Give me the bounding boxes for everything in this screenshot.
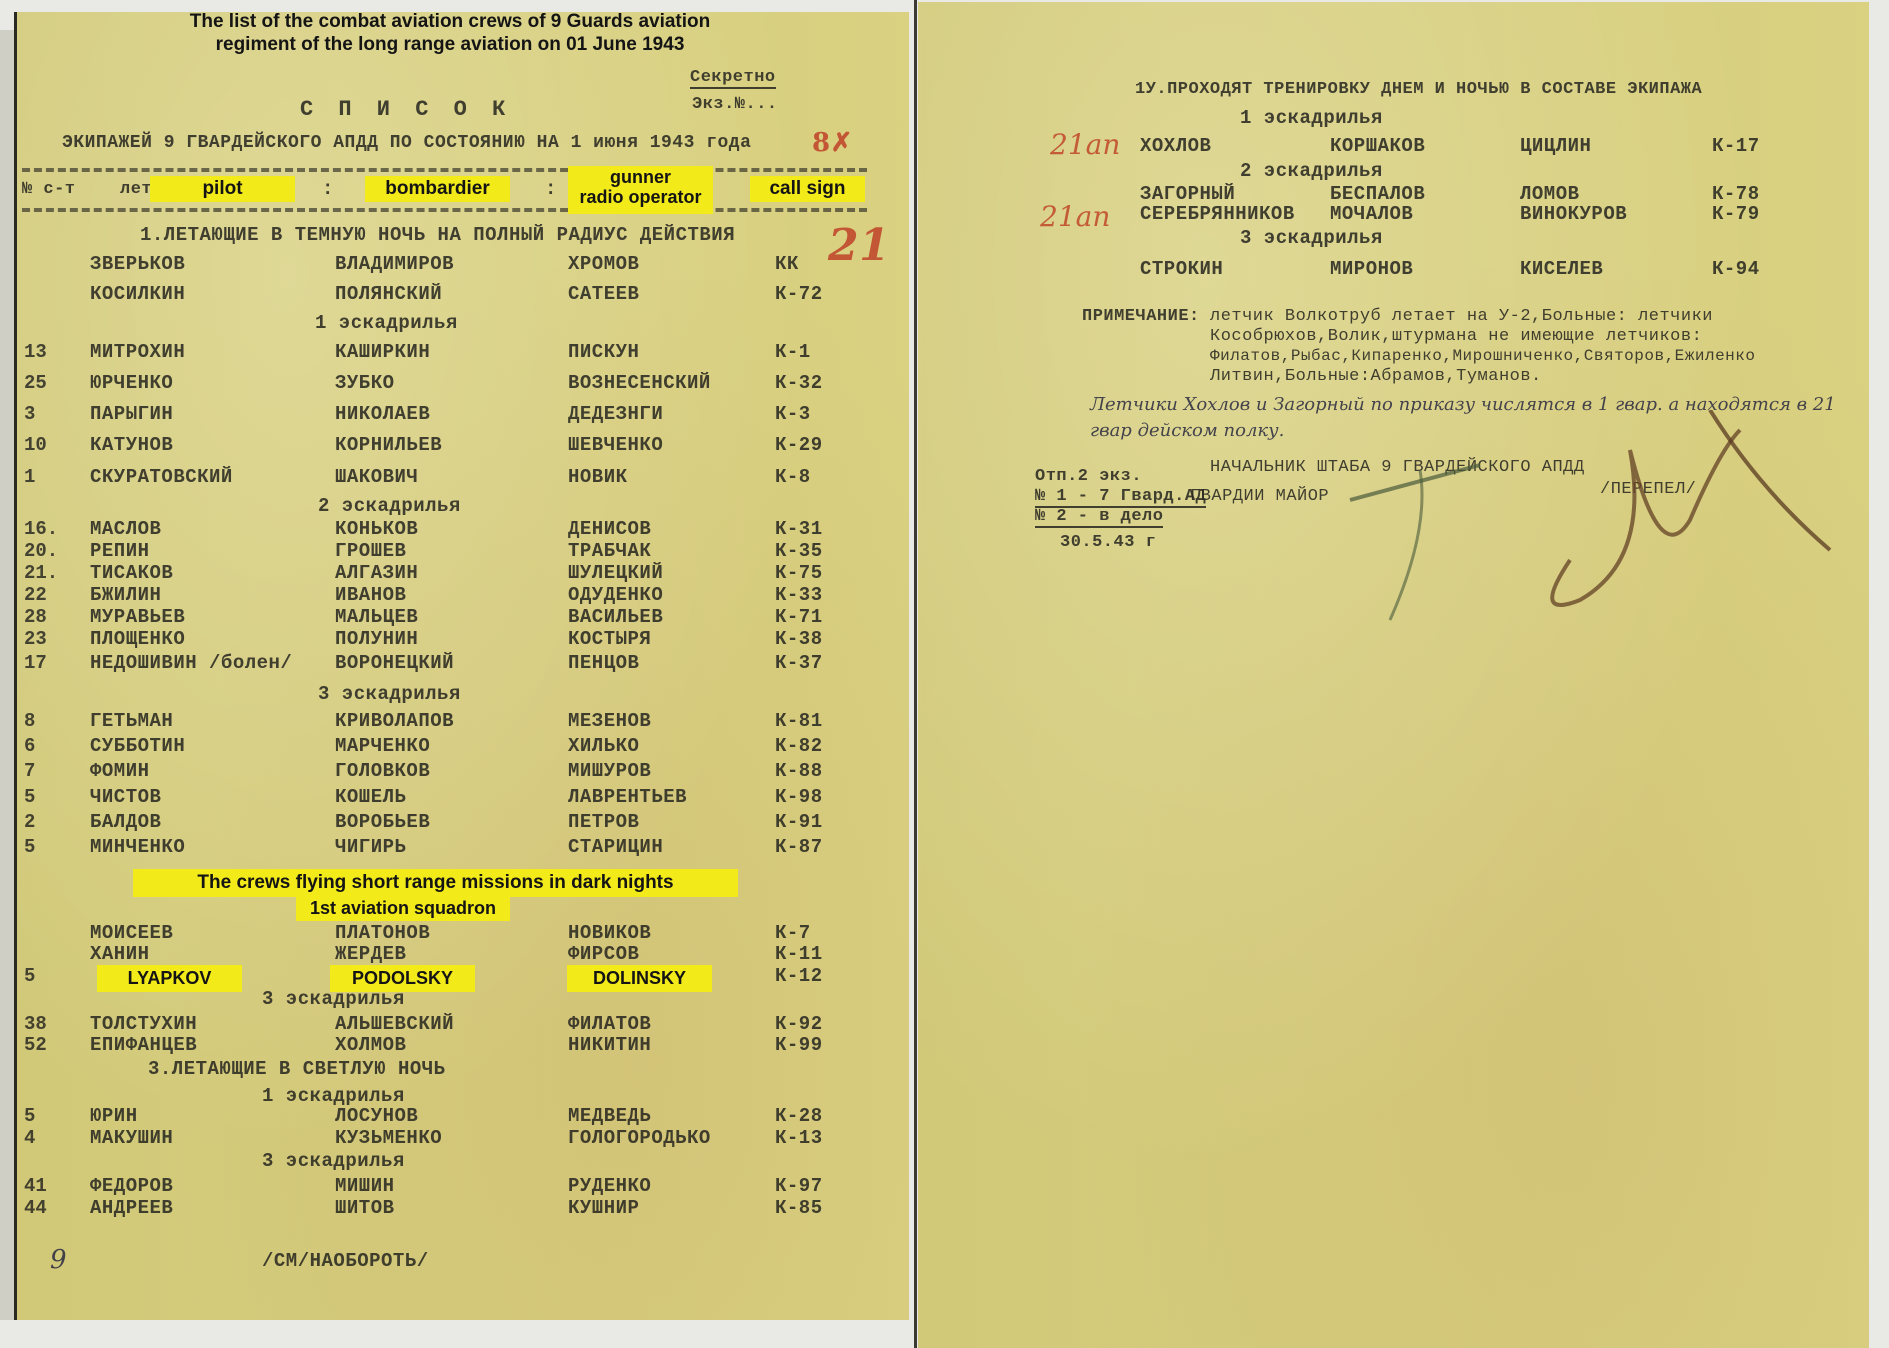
- cell-pilot: МАКУШИН: [90, 1127, 173, 1149]
- annotation-crew-pilot: LYAPKOV: [97, 965, 242, 992]
- header-separator: :: [545, 178, 557, 200]
- cell-pilot: ЧИСТОВ: [90, 786, 161, 808]
- cell-pilot: ТИСАКОВ: [90, 562, 173, 584]
- cell-pilot: ХОХЛОВ: [1140, 135, 1211, 157]
- cell-pilot: МИНЧЕНКО: [90, 836, 185, 858]
- annotation-gunner-line2: radio operator: [568, 188, 713, 208]
- cell-num: 13: [24, 341, 47, 363]
- header-rule-top: [22, 168, 867, 176]
- annotation-crew-gunner: DOLINSKY: [567, 965, 712, 992]
- cell-call: К-32: [775, 372, 823, 394]
- cell-bomb: ШАКОВИЧ: [335, 466, 418, 488]
- cell-bomb: АЛГАЗИН: [335, 562, 418, 584]
- annotation-title-line2: regiment of the long range aviation on 0…: [150, 33, 750, 56]
- cell-bomb: АЛЬШЕВСКИЙ: [335, 1013, 454, 1035]
- cell-num: 23: [24, 628, 47, 650]
- squadron-label: 3 эскадрилья: [318, 683, 461, 705]
- cell-bomb: ШИТОВ: [335, 1197, 395, 1219]
- handwritten-note-line: дейском полку.: [1138, 420, 1285, 441]
- note-label: ПРИМЕЧАНИЕ:: [1082, 307, 1200, 326]
- cell-call: К-31: [775, 518, 823, 540]
- cell-call: К-12: [775, 965, 823, 987]
- cell-pilot: МОИСЕЕВ: [90, 922, 173, 944]
- cell-call: К-81: [775, 710, 823, 732]
- cell-call: К-91: [775, 811, 823, 833]
- cell-gunner: ШУЛЕЦКИЙ: [568, 562, 663, 584]
- cell-num: 6: [24, 735, 35, 757]
- cell-num: 41: [24, 1175, 47, 1197]
- cell-bomb: ВОРОБЬЕВ: [335, 811, 430, 833]
- note-line: Филатов,Рыбас,Кипаренко,Мирошниченко,Свя…: [1210, 347, 1755, 365]
- squadron-label: 1 эскадрилья: [315, 312, 458, 334]
- cell-gunner: ПЕТРОВ: [568, 811, 639, 833]
- cell-call: К-28: [775, 1105, 823, 1127]
- cell-gunner: ПЕНЦОВ: [568, 652, 639, 674]
- header-number-label: № с-т: [22, 180, 76, 199]
- cell-pilot: СУББОТИН: [90, 735, 185, 757]
- cell-pilot: СКУРАТОВСКИЙ: [90, 466, 233, 488]
- cell-call: К-98: [775, 786, 823, 808]
- cell-num: 5: [24, 836, 35, 858]
- annotation-gunner: gunner radio operator: [568, 166, 713, 214]
- handwritten-page-number: 9: [50, 1245, 67, 1275]
- cell-call: К-35: [775, 540, 823, 562]
- cell-num: 1: [24, 466, 35, 488]
- cell-call: К-37: [775, 652, 823, 674]
- cell-bomb: ЗУБКО: [335, 372, 395, 394]
- cell-call: К-38: [775, 628, 823, 650]
- cell-bomb: КОРНИЛЬЕВ: [335, 434, 442, 456]
- cell-pilot: БАЛДОВ: [90, 811, 161, 833]
- squadron-label: 3 эскадрилья: [262, 1150, 405, 1172]
- cell-pilot: ПЛОЩЕНКО: [90, 628, 185, 650]
- cell-call: КК: [775, 253, 799, 275]
- cell-bomb: ХОЛМОВ: [335, 1034, 406, 1056]
- cell-gunner: ДЕДЕЗНГИ: [568, 403, 663, 425]
- cell-num: 22: [24, 584, 47, 606]
- cell-bomb: КУЗЬМЕНКО: [335, 1127, 442, 1149]
- cell-gunner: ЛОМОВ: [1520, 183, 1580, 205]
- cell-gunner: ХИЛЬКО: [568, 735, 639, 757]
- annotation-bombardier: bombardier: [365, 176, 510, 202]
- cell-call: К-3: [775, 403, 811, 425]
- cell-call: К-94: [1712, 258, 1760, 280]
- cell-gunner: КИСЕЛЕВ: [1520, 258, 1603, 280]
- cell-num: 8: [24, 710, 35, 732]
- cell-call: К-97: [775, 1175, 823, 1197]
- signature-icon: [1330, 410, 1889, 670]
- margin-hand-note: 21ап: [1050, 128, 1120, 161]
- cell-gunner: ФИРСОВ: [568, 943, 639, 965]
- copy-2-destination: № 2 - в дело: [1035, 507, 1163, 528]
- cell-gunner: СТАРИЦИН: [568, 836, 663, 858]
- cell-call: К-1: [775, 341, 811, 363]
- cell-num: 20.: [24, 540, 58, 562]
- cell-bomb: НИКОЛАЕВ: [335, 403, 430, 425]
- cell-gunner: ОДУДЕНКО: [568, 584, 663, 606]
- cell-call: К-75: [775, 562, 823, 584]
- cell-call: К-7: [775, 922, 811, 944]
- cell-pilot: ЗВЕРЬКОВ: [90, 253, 185, 275]
- cell-bomb: МАЛЬЦЕВ: [335, 606, 418, 628]
- cell-num: 44: [24, 1197, 47, 1219]
- footer-see-reverse: /СМ/НАОБОРОТЬ/: [262, 1250, 429, 1272]
- cell-gunner: ЛАВРЕНТЬЕВ: [568, 786, 687, 808]
- annotation-title-line1: The list of the combat aviation crews of…: [150, 10, 750, 33]
- note-line: Кособрюхов,Волик,штурмана не имеющие лет…: [1210, 327, 1702, 346]
- cell-num: 21.: [24, 562, 58, 584]
- cell-call: К-13: [775, 1127, 823, 1149]
- cell-gunner: ВИНОКУРОВ: [1520, 203, 1627, 225]
- cell-pilot: АНДРЕЕВ: [90, 1197, 173, 1219]
- cell-call: К-29: [775, 434, 823, 456]
- cell-pilot: БЖИЛИН: [90, 584, 161, 606]
- note-line: летчик Волкотруб летает на У-2,Больные: …: [1210, 307, 1713, 326]
- cell-gunner: ХРОМОВ: [568, 253, 639, 275]
- cell-num: 38: [24, 1013, 47, 1035]
- document-subtitle: ЭКИПАЖЕЙ 9 ГВАРДЕЙСКОГО АПДД ПО СОСТОЯНИ…: [62, 133, 751, 153]
- cell-gunner: ВАСИЛЬЕВ: [568, 606, 663, 628]
- cell-bomb: ГОЛОВКОВ: [335, 760, 430, 782]
- copy-number: Экз.№...: [692, 95, 778, 114]
- note-line: Литвин,Больные:Абрамов,Туманов.: [1210, 367, 1542, 386]
- annotation-section-2: The crews flying short range missions in…: [133, 869, 738, 897]
- cell-bomb: ИВАНОВ: [335, 584, 406, 606]
- cell-gunner: НИКИТИН: [568, 1034, 651, 1056]
- cell-pilot: СЕРЕБРЯННИКОВ: [1140, 203, 1295, 225]
- cell-bomb: МОЧАЛОВ: [1330, 203, 1413, 225]
- cell-call: К-87: [775, 836, 823, 858]
- cell-num: 17: [24, 652, 47, 674]
- cell-call: К-8: [775, 466, 811, 488]
- cell-bomb: КРИВОЛАПОВ: [335, 710, 454, 732]
- cell-call: К-79: [1712, 203, 1760, 225]
- cell-pilot: РЕПИН: [90, 540, 150, 562]
- cell-bomb: ЧИГИРЬ: [335, 836, 406, 858]
- cell-pilot: ЮРЧЕНКО: [90, 372, 173, 394]
- header-separator: :: [322, 178, 334, 200]
- cell-pilot: ФОМИН: [90, 760, 150, 782]
- cell-gunner: ВОЗНЕСЕНСКИЙ: [568, 372, 711, 394]
- cell-pilot: НЕДОШИВИН /болен/: [90, 652, 292, 674]
- cell-bomb: КОНЬКОВ: [335, 518, 418, 540]
- cell-num: 7: [24, 760, 35, 782]
- section-heading-4: 1У.ПРОХОДЯТ ТРЕНИРОВКУ ДНЕМ И НОЧЬЮ В СО…: [1135, 80, 1702, 99]
- cell-num: 10: [24, 434, 47, 456]
- cell-call: К-99: [775, 1034, 823, 1056]
- cell-num: 52: [24, 1034, 47, 1056]
- cell-gunner: КУШНИР: [568, 1197, 639, 1219]
- cell-gunner: ПИСКУН: [568, 341, 639, 363]
- section-heading-3: 3.ЛЕТАЮЩИЕ В СВЕТЛУЮ НОЧЬ: [148, 1058, 446, 1080]
- cell-gunner: НОВИК: [568, 466, 628, 488]
- cell-pilot: ФЕДОРОВ: [90, 1175, 173, 1197]
- cell-bomb: ЖЕРДЕВ: [335, 943, 406, 965]
- squadron-label: 2 эскадрилья: [318, 495, 461, 517]
- cell-num: 25: [24, 372, 47, 394]
- signer-rank: ГВАРДИИ МАЙОР: [1190, 487, 1329, 506]
- cell-bomb: ПОЛУНИН: [335, 628, 418, 650]
- annotation-pilot: pilot: [150, 176, 295, 202]
- handwritten-mark: 8✗: [812, 128, 853, 158]
- cell-bomb: ВЛАДИМИРОВ: [335, 253, 454, 275]
- cell-pilot: КОСИЛКИН: [90, 283, 185, 305]
- cell-pilot: ТОЛСТУХИН: [90, 1013, 197, 1035]
- cell-bomb: ПЛАТОНОВ: [335, 922, 430, 944]
- annotation-squadron-1: 1st aviation squadron: [296, 895, 510, 921]
- cell-bomb: МИШИН: [335, 1175, 395, 1197]
- header-rule-bottom: [22, 208, 867, 216]
- cell-call: К-88: [775, 760, 823, 782]
- cell-gunner: ТРАБЧАК: [568, 540, 651, 562]
- cell-bomb: МИРОНОВ: [1330, 258, 1413, 280]
- cell-bomb: ГРОШЕВ: [335, 540, 406, 562]
- cell-num: 16.: [24, 518, 58, 540]
- cell-gunner: МЕДВЕДЬ: [568, 1105, 651, 1127]
- cell-pilot: ЕПИФАНЦЕВ: [90, 1034, 197, 1056]
- cell-gunner: ГОЛОГОРОДЬКО: [568, 1127, 711, 1149]
- squadron-label: 1 эскадрилья: [262, 1085, 405, 1107]
- cell-bomb: ВОРОНЕЦКИЙ: [335, 652, 454, 674]
- cell-pilot: КАТУНОВ: [90, 434, 173, 456]
- cell-gunner: РУДЕНКО: [568, 1175, 651, 1197]
- cell-gunner: МИШУРОВ: [568, 760, 651, 782]
- cell-call: К-85: [775, 1197, 823, 1219]
- cell-bomb: ПОЛЯНСКИЙ: [335, 283, 442, 305]
- cell-pilot: ГЕТЬМАН: [90, 710, 173, 732]
- cell-bomb: МАРЧЕНКО: [335, 735, 430, 757]
- cell-gunner: МЕЗЕНОВ: [568, 710, 651, 732]
- secret-stamp: Секретно: [690, 68, 776, 89]
- cell-gunner: ЦИЦЛИН: [1520, 135, 1591, 157]
- cell-bomb: ЛОСУНОВ: [335, 1105, 418, 1127]
- cell-bomb: КОШЕЛЬ: [335, 786, 406, 808]
- cell-gunner: НОВИКОВ: [568, 922, 651, 944]
- cell-gunner: САТЕЕВ: [568, 283, 639, 305]
- cell-bomb: БЕСПАЛОВ: [1330, 183, 1425, 205]
- cell-call: К-92: [775, 1013, 823, 1035]
- cell-pilot: ЗАГОРНЫЙ: [1140, 183, 1235, 205]
- section-heading-1: 1.ЛЕТАЮЩИЕ В ТЕМНУЮ НОЧЬ НА ПОЛНЫЙ РАДИУ…: [140, 224, 735, 246]
- cell-call: К-17: [1712, 135, 1760, 157]
- binding-strip: [0, 30, 14, 1320]
- margin-hand-note: 21ап: [1040, 200, 1110, 233]
- cell-call: К-72: [775, 283, 823, 305]
- cell-call: К-82: [775, 735, 823, 757]
- annotation-gunner-line1: gunner: [568, 168, 713, 188]
- cell-bomb: КАШИРКИН: [335, 341, 430, 363]
- cell-call: К-78: [1712, 183, 1760, 205]
- copy-1-destination: № 1 - 7 Гвард.АД: [1035, 487, 1206, 508]
- annotation-call-sign: call sign: [750, 176, 865, 202]
- cell-gunner: КОСТЫРЯ: [568, 628, 651, 650]
- cell-gunner: ДЕНИСОВ: [568, 518, 651, 540]
- cell-pilot: СТРОКИН: [1140, 258, 1223, 280]
- annotation-title: The list of the combat aviation crews of…: [150, 10, 750, 56]
- margin-mark-red: 21: [828, 220, 890, 271]
- cell-gunner: ФИЛАТОВ: [568, 1013, 651, 1035]
- cell-call: К-11: [775, 943, 823, 965]
- cell-num: 28: [24, 606, 47, 628]
- annotation-crew-bombardier: PODOLSKY: [330, 965, 475, 992]
- cell-num: 5: [24, 786, 35, 808]
- cell-pilot: ХАНИН: [90, 943, 150, 965]
- cell-num: 4: [24, 1127, 35, 1149]
- document-date: 30.5.43 г: [1060, 533, 1156, 552]
- cell-gunner: ШЕВЧЕНКО: [568, 434, 663, 456]
- cell-num: 5: [24, 965, 35, 987]
- cell-call: К-71: [775, 606, 823, 628]
- cell-bomb: КОРШАКОВ: [1330, 135, 1425, 157]
- cell-pilot: МАСЛОВ: [90, 518, 161, 540]
- squadron-label: 3 эскадрилья: [1240, 227, 1383, 249]
- cell-num: 2: [24, 811, 35, 833]
- cell-call: К-33: [775, 584, 823, 606]
- squadron-label: 2 эскадрилья: [1240, 160, 1383, 182]
- page-divider: [914, 0, 917, 1348]
- cell-pilot: ЮРИН: [90, 1105, 138, 1127]
- document-title: С П И С О К: [300, 97, 511, 122]
- cell-num: 5: [24, 1105, 35, 1127]
- cell-num: 3: [24, 403, 35, 425]
- cell-pilot: МУРАВЬЕВ: [90, 606, 185, 628]
- squadron-label: 1 эскадрилья: [1240, 107, 1383, 129]
- cell-pilot: ПАРЫГИН: [90, 403, 173, 425]
- copies-count: Отп.2 экз.: [1035, 467, 1142, 486]
- cell-pilot: МИТРОХИН: [90, 341, 185, 363]
